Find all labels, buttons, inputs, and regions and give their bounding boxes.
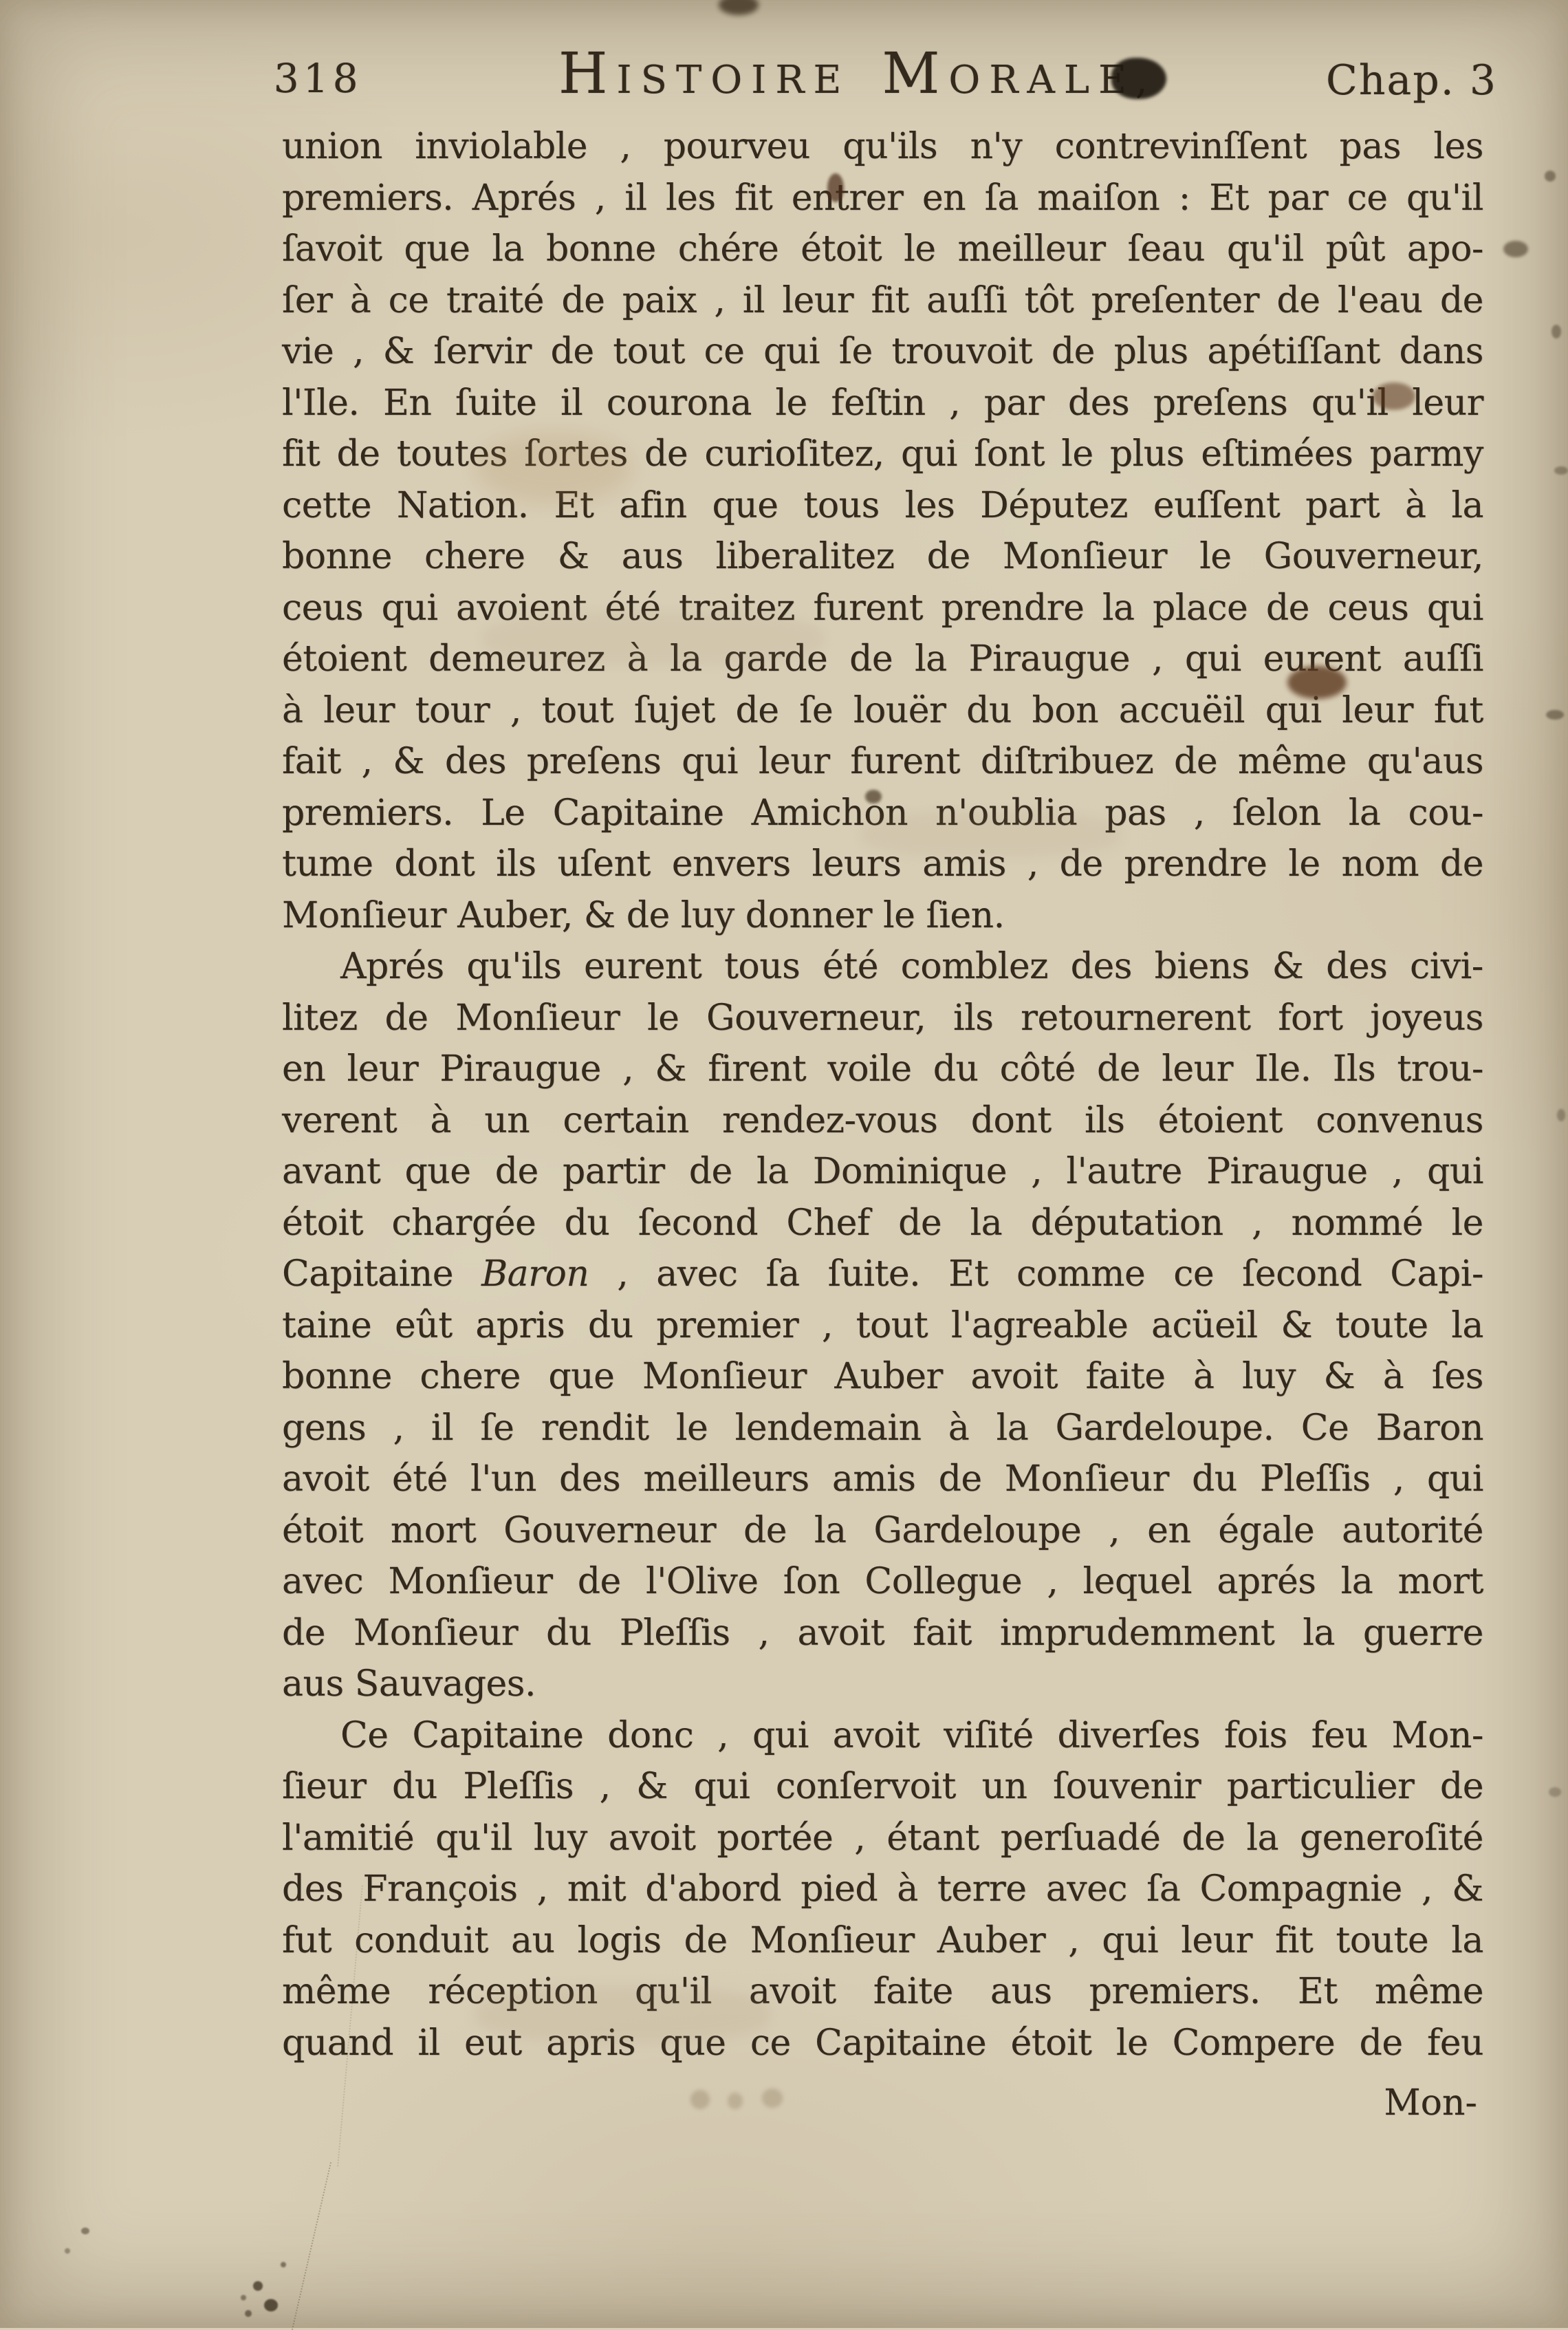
word: qu'il	[435, 1813, 512, 1864]
running-title: HISTOIREMORALE,	[558, 40, 1157, 109]
word: le	[1199, 531, 1231, 582]
word: de	[743, 1505, 787, 1556]
word: conſervoit	[776, 1761, 956, 1812]
word: été	[392, 1454, 448, 1504]
word: part	[1305, 480, 1380, 531]
word: qui	[1185, 634, 1241, 684]
speck-bottom-5	[241, 2295, 246, 2300]
word: de	[561, 275, 605, 326]
word: de	[337, 429, 380, 479]
word: par	[1268, 173, 1329, 224]
word: autorité	[1342, 1505, 1483, 1556]
word: de	[1097, 1044, 1140, 1094]
word: conduit	[354, 1915, 488, 1966]
word: En	[383, 378, 431, 429]
word: l'eau	[1338, 275, 1423, 326]
running-title-word2-initial: M	[882, 41, 948, 107]
word: comblez	[901, 941, 1048, 992]
word: perſuadé	[1001, 1813, 1161, 1864]
text-line: deMonſieurduPleſſis,avoitfaitimprudemmen…	[282, 1608, 1483, 1659]
word: uſent	[557, 839, 650, 889]
word: Monſieur	[455, 993, 620, 1044]
word: des	[445, 736, 506, 787]
word: qu'il	[1227, 224, 1304, 274]
word: pas	[1340, 121, 1401, 172]
word: Collegue	[864, 1556, 1022, 1607]
text-line: Aprésqu'ilseurenttousétécomblezdesbiens&…	[282, 941, 1483, 993]
word: aus	[990, 1966, 1052, 2017]
word: ſieur	[282, 1761, 367, 1812]
word: leur	[323, 685, 395, 736]
word: du	[933, 1044, 979, 1094]
word: ,	[1109, 1505, 1120, 1556]
word: tous	[803, 480, 879, 531]
word: la	[1102, 583, 1135, 634]
word: traité	[446, 275, 544, 326]
word: premier	[656, 1300, 798, 1351]
word: &	[655, 1044, 686, 1094]
word: Auber	[834, 1351, 942, 1402]
word: les	[666, 173, 716, 224]
text-line: verentàuncertainrendez-vousdontilsétoien…	[282, 1095, 1483, 1147]
text-line: bonnechere&ausliberalitezdeMonſieurleGou…	[282, 531, 1483, 583]
word: acüeil	[1151, 1300, 1258, 1351]
word: ceus	[282, 583, 363, 634]
word: la	[1451, 1915, 1483, 1966]
word: Monſieur	[388, 1556, 552, 1607]
word: même	[1238, 736, 1347, 787]
word: fit	[282, 429, 320, 479]
word: il	[431, 1403, 453, 1454]
word: en	[282, 1044, 325, 1094]
word: union	[282, 121, 382, 172]
word: de	[927, 531, 970, 582]
word: mit	[567, 1864, 626, 1914]
word: rendit	[541, 1403, 649, 1454]
word: égale	[1218, 1505, 1314, 1556]
word: ſes	[1432, 1351, 1483, 1402]
word: leur	[1412, 378, 1483, 429]
word: ſon	[783, 1556, 840, 1607]
word: &	[383, 326, 415, 377]
word: generoſité	[1300, 1813, 1483, 1864]
word: dont	[394, 839, 475, 889]
word: ,	[949, 378, 960, 429]
word: ſuite.	[828, 1249, 921, 1299]
text-line: enleurPiraugue,&firentvoileducôtédeleurI…	[282, 1044, 1483, 1095]
word: Gardeloupe	[873, 1505, 1081, 1556]
word: Mon-	[1391, 1710, 1483, 1761]
word: il	[560, 378, 582, 429]
word: chere	[424, 531, 525, 582]
word: qu'ils	[466, 941, 561, 992]
word: maiſon	[1037, 173, 1159, 224]
speck-bottom-1	[253, 2281, 263, 2291]
word: d'abord	[645, 1864, 781, 1914]
word: même	[282, 1966, 391, 2017]
word: qui	[752, 1710, 809, 1761]
word: ,	[537, 1864, 548, 1914]
word: l'un	[470, 1454, 536, 1504]
word: apris	[475, 1300, 565, 1351]
word: pourveu	[664, 121, 810, 172]
word: Le	[481, 788, 525, 839]
word: du	[966, 685, 1012, 736]
speck-right-edge-2	[1545, 171, 1556, 182]
book-page-scan: 318 HISTOIREMORALE, Chap. 3 unioninviola…	[0, 0, 1568, 2328]
word: &	[393, 736, 424, 787]
word: ſer	[282, 275, 332, 326]
word: de	[644, 429, 688, 479]
speck-right-edge-7	[1549, 1787, 1561, 1797]
word: Pleſſis	[463, 1761, 574, 1812]
word: feu	[1427, 2018, 1483, 2069]
word: étant	[886, 1813, 979, 1864]
word: en	[1147, 1505, 1190, 1556]
word: Dominique	[813, 1146, 1007, 1197]
word: ,	[822, 1300, 833, 1351]
speck-right-edge-1	[1503, 241, 1528, 257]
word: qu'ils	[842, 121, 937, 172]
word: mort	[1398, 1556, 1483, 1607]
word: il	[624, 173, 646, 224]
word: ,	[595, 173, 606, 224]
word: louër	[853, 685, 946, 736]
word: de	[1360, 2018, 1403, 2069]
text-line: étoitmortGouverneurdelaGardeloupe,enégal…	[282, 1505, 1483, 1557]
text-block: unioninviolable,pourveuqu'ilsn'ycontrevi…	[282, 121, 1483, 2123]
word: fait	[282, 736, 341, 787]
stain-center	[475, 432, 633, 504]
text-line: gens,ilſerenditlelendemainàlaGardeloupe.…	[282, 1403, 1483, 1454]
word: Baron	[481, 1249, 589, 1299]
word: étoit	[282, 1505, 363, 1556]
word: verent	[282, 1095, 397, 1146]
word: voile	[827, 1044, 911, 1094]
word: de	[1182, 1813, 1225, 1864]
word: feſtin	[831, 378, 925, 429]
word: la	[492, 224, 524, 274]
word: à	[948, 1403, 970, 1454]
show-through-signature-2	[728, 2093, 743, 2109]
word: &	[1281, 1300, 1312, 1351]
word: tout	[542, 685, 614, 736]
word: avec	[656, 1249, 737, 1299]
word: pût	[1326, 224, 1385, 274]
word: eſtimées	[1201, 429, 1353, 479]
word: :	[1179, 173, 1190, 224]
word: ,	[758, 1608, 769, 1659]
ink-spot-line1	[827, 173, 844, 202]
word: leur	[1181, 1915, 1252, 1966]
word: à	[1405, 480, 1426, 531]
word: étoient	[1158, 1095, 1283, 1146]
word: de	[1052, 326, 1095, 377]
word: tume	[282, 839, 373, 889]
word: ,	[1031, 1146, 1042, 1197]
show-through-2	[860, 810, 1121, 859]
word: à	[1193, 1351, 1215, 1402]
word: même	[1375, 1966, 1483, 2017]
text-line: premiers.Aprés,illesfitentrerenſamaiſon:…	[282, 173, 1483, 224]
word: étoient	[282, 634, 406, 684]
word: qui	[1427, 1454, 1483, 1504]
word: ,	[1194, 788, 1205, 839]
paper-crease-lower	[292, 2162, 331, 2328]
word: toute	[1336, 1915, 1428, 1966]
word: de	[939, 1454, 982, 1504]
show-through-1	[481, 611, 825, 666]
word: auſſi	[926, 275, 1007, 326]
word: &	[1272, 941, 1304, 992]
word: luy	[534, 1813, 587, 1864]
word: que	[404, 224, 470, 274]
word: imprudemment	[1000, 1608, 1274, 1659]
text-line: ceusquiavoientététraitezfurentprendrelap…	[282, 583, 1483, 634]
text-line: bonnecherequeMonſieurAuberavoitfaiteàluy…	[282, 1351, 1483, 1403]
word: plus	[1114, 326, 1188, 377]
word: fit	[734, 173, 772, 224]
text-line: avecMonſieurdel'OliveſonCollegue,lequela…	[282, 1556, 1483, 1608]
word: Gouverneur	[503, 1505, 716, 1556]
text-line: litezdeMonſieurleGouverneur,ilsretourner…	[282, 993, 1483, 1044]
word: été	[823, 941, 878, 992]
text-line: desFrançois,mitd'abordpiedàterreavecſaCo…	[282, 1864, 1483, 1915]
word: la	[1341, 1556, 1373, 1607]
word: au	[511, 1915, 555, 1966]
word: furent	[813, 583, 923, 634]
word: fort	[1278, 993, 1342, 1044]
word: Ils	[1333, 1044, 1375, 1094]
word: ſe	[480, 1403, 514, 1454]
text-line: l'amitiéqu'illuyavoitportée,étantperſuad…	[282, 1813, 1483, 1864]
word: qui	[693, 1761, 750, 1812]
word: du	[588, 1300, 633, 1351]
word: quand	[282, 2018, 393, 2069]
word: nommé	[1291, 1198, 1423, 1249]
word: la	[1349, 788, 1381, 839]
word: avec	[282, 1556, 363, 1607]
word: premiers.	[1089, 1966, 1261, 2017]
word: leur	[1342, 685, 1413, 736]
word: Pleſſis	[620, 1608, 730, 1659]
word: convenus	[1316, 1095, 1483, 1146]
word: le	[1288, 839, 1320, 889]
word: François	[362, 1864, 517, 1914]
word: place	[1153, 583, 1248, 634]
text-line: fait,&despreſensquileurfurentdiſtribuezd…	[282, 736, 1483, 788]
word: ils	[1085, 1095, 1124, 1146]
word: preſens	[527, 736, 662, 787]
word: litez	[282, 993, 358, 1044]
word: ,	[620, 121, 631, 172]
word: comme	[1016, 1249, 1145, 1299]
word: mort	[391, 1505, 476, 1556]
speck-right-edge-4	[1554, 466, 1568, 475]
word: ſecond	[638, 1198, 758, 1249]
word: tour	[415, 685, 490, 736]
word: en	[922, 173, 966, 224]
word: des	[559, 1454, 620, 1504]
word: de	[1440, 275, 1483, 326]
word: donc	[607, 1710, 693, 1761]
word: terre	[937, 1864, 1027, 1914]
word: que	[712, 480, 778, 531]
word: apo-	[1407, 224, 1483, 274]
word: bonne	[282, 531, 392, 582]
word: portée	[717, 1813, 833, 1864]
word: Monſieur	[750, 1915, 915, 1966]
text-line: fitdetoutesſortesdecurioſitez,quiſontlep…	[282, 429, 1483, 480]
word: paix	[622, 275, 697, 326]
word: aus	[622, 531, 684, 582]
text-line: unioninviolable,pourveuqu'ilsn'ycontrevi…	[282, 121, 1483, 173]
catchword: Mon-	[1384, 2078, 1477, 2128]
ink-smudge-line11	[1287, 666, 1347, 699]
ink-smudge-right-margin-upper	[1373, 382, 1415, 410]
word: ,	[1047, 1556, 1058, 1607]
word: ſa	[1146, 1864, 1180, 1914]
word: trouvoit	[891, 326, 1032, 377]
word: joyeus	[1370, 993, 1483, 1044]
word: du	[392, 1761, 437, 1812]
word: ceus	[1327, 583, 1408, 634]
word: Pleſſis	[1260, 1454, 1371, 1504]
word: cette	[282, 480, 371, 531]
word: qui	[382, 583, 438, 634]
word: Gardeloupe.	[1056, 1403, 1274, 1454]
word: gens	[282, 1403, 366, 1454]
word: preſenter	[1091, 275, 1259, 326]
word: Gouverneur,	[706, 993, 926, 1044]
word: il	[743, 275, 765, 326]
word: les	[1433, 121, 1483, 172]
word: afin	[619, 480, 686, 531]
word: fut	[282, 1915, 331, 1966]
word: ſavoit	[282, 224, 382, 274]
word: de	[849, 634, 893, 684]
word: &	[636, 1761, 668, 1812]
word: l'Olive	[646, 1556, 758, 1607]
word: qu'aus	[1367, 736, 1483, 787]
word: l'autre	[1066, 1146, 1182, 1197]
word: la	[997, 1403, 1029, 1454]
word: de	[495, 1146, 538, 1197]
word: liberalitez	[716, 531, 895, 582]
text-line: futconduitaulogisdeMonſieurAuber,quileur…	[282, 1915, 1483, 1967]
speck-bottom-4	[281, 2262, 286, 2267]
word: avoit	[833, 1710, 920, 1761]
word: de	[1174, 736, 1217, 787]
word: contrevinſſent	[1055, 121, 1307, 172]
word: auſſi	[1403, 634, 1483, 684]
word: &	[1323, 1351, 1355, 1402]
word: leur	[347, 1044, 418, 1094]
word: tôt	[1025, 275, 1074, 326]
word: ,	[1152, 634, 1163, 684]
word: ,	[393, 1403, 404, 1454]
word: Et	[1298, 1966, 1338, 2017]
word: premiers.	[282, 173, 453, 224]
word: du	[546, 1608, 591, 1659]
word: ,	[617, 1249, 628, 1299]
word: ,	[600, 1761, 611, 1812]
word: de	[1440, 1761, 1483, 1812]
word: ,	[1252, 1198, 1263, 1249]
word: fait	[913, 1608, 972, 1659]
word: Ce	[1301, 1403, 1349, 1454]
word: ſervir	[433, 326, 532, 377]
word: lendemain	[735, 1403, 922, 1454]
word: ,	[854, 1813, 865, 1864]
word: Députez	[980, 480, 1128, 531]
word: n'y	[970, 121, 1023, 172]
word: étoit	[801, 224, 882, 274]
word: furent	[850, 736, 960, 787]
word: chére	[678, 224, 779, 274]
word: amis	[832, 1454, 916, 1504]
word: Compagnie	[1199, 1864, 1402, 1914]
word: un	[981, 1761, 1027, 1812]
word: ſe	[799, 685, 833, 736]
word: vie	[282, 326, 334, 377]
word: accuëil	[1119, 685, 1245, 736]
word: nom	[1341, 839, 1419, 889]
word: l'amitié	[282, 1813, 414, 1864]
word: étoit	[1010, 2018, 1091, 2069]
speck-bottom-6	[81, 2227, 89, 2234]
word: ce	[704, 326, 745, 377]
word: logis	[577, 1915, 661, 1966]
word: ſeau	[1127, 224, 1205, 274]
word: Piraugue	[969, 634, 1131, 684]
word: diſtribuez	[981, 736, 1154, 787]
word: le	[904, 224, 935, 274]
word: de	[689, 1146, 732, 1197]
text-line: ſieurduPleſſis,&quiconſervoitunſouvenirp…	[282, 1761, 1483, 1813]
word: de	[684, 1915, 728, 1966]
word: la	[814, 1505, 847, 1556]
word: civi-	[1410, 941, 1483, 992]
word: Chef	[786, 1198, 869, 1249]
word: des	[282, 1864, 343, 1914]
word: leur	[759, 736, 830, 787]
ink-speck-line13	[865, 790, 882, 803]
word: ce	[389, 275, 429, 326]
page-number: 318	[273, 58, 362, 99]
word: de	[898, 1198, 941, 1249]
word: ſe	[839, 326, 873, 377]
ink-blot-top-edge	[719, 0, 759, 15]
word: ,	[1392, 1146, 1403, 1197]
word: viſité	[944, 1710, 1034, 1761]
word: la	[915, 634, 947, 684]
word: bonne	[546, 224, 656, 274]
word: du	[1192, 1454, 1237, 1504]
word: diverſes	[1057, 1710, 1200, 1761]
word: Aprés	[340, 941, 444, 992]
word: dans	[1400, 326, 1483, 377]
word: avoit	[609, 1813, 696, 1864]
word: Et	[1209, 173, 1249, 224]
word: Monſieur	[1003, 531, 1167, 582]
word: ſa	[765, 1249, 799, 1299]
word: lequel	[1083, 1556, 1193, 1607]
word: fit	[871, 275, 908, 326]
word: partir	[563, 1146, 665, 1197]
word: faite	[873, 1966, 953, 2017]
word: l'Ile.	[282, 378, 359, 429]
